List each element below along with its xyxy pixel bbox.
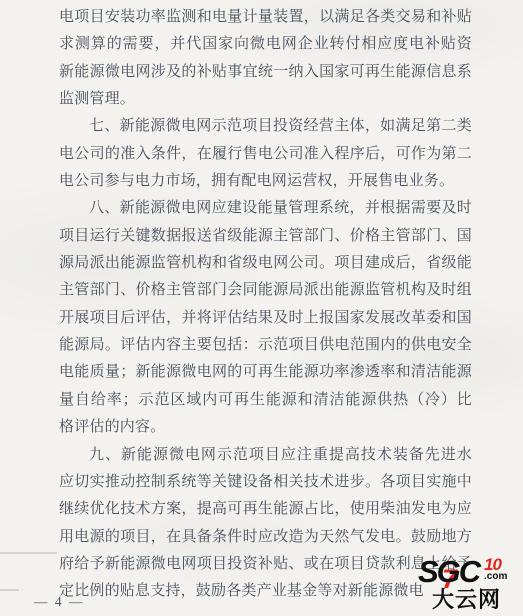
scan-edge-artifact: [0, 589, 19, 591]
text-line: 求测算的需要，并代国家向微电网企业转付相应度电补贴资金。: [59, 31, 472, 58]
text-line: 用电源的项目，在具备条件时应改造为天然气发电。鼓励地方政: [59, 524, 472, 551]
text-line: 开展项目后评估，并将评估结果及时上报国家发展改革委和国家: [59, 305, 472, 332]
document-body: 电项目安装功率监测和电量计量装置，以满足各类交易和补贴需求测算的需要，并代国家向…: [59, 4, 472, 606]
text-line: 源局派出能源监管机构和省级电网公司。项目建成后，省级能源: [59, 250, 472, 277]
text-line: 七、新能源微电网示范项目投资经营主体，如满足第二类售: [59, 113, 472, 140]
text-line: 电公司的准入条件，在履行售电公司准入程序后，可作为第二类售: [59, 141, 472, 168]
watermark-superscript: 10 .com: [484, 557, 507, 582]
text-line: 八、新能源微电网应建设能量管理系统，并根据需要及时将: [59, 195, 472, 222]
text-line: 项目运行关键数据报送省级能源主管部门、价格主管部门、国家能: [59, 223, 472, 250]
watermark-sgc-text: SGC: [418, 556, 479, 587]
text-line: 新能源微电网涉及的补贴事宜统一纳入国家可再生能源信息系统: [59, 59, 472, 86]
text-line: 监测管理。: [59, 86, 472, 113]
text-line: 主管部门、价格主管部门会同能源局派出能源监管机构及时组织: [59, 277, 472, 304]
scanned-document-page: 电项目安装功率监测和电量计量装置，以满足各类交易和补贴需求测算的需要，并代国家向…: [0, 0, 523, 616]
text-line: 量自给率；示范区域内可再生能源和清洁能源供热（冷）比例；价: [59, 387, 472, 414]
text-line: 继续优化技术方案，提高可再生能源占比，使用柴油发电为应急备: [59, 496, 472, 523]
text-line: 府给予新能源微电网项目投资补贴、或在项目贷款利息上给予一: [59, 551, 472, 578]
watermark-com-text: .com: [484, 572, 507, 582]
text-line: 电公司参与电力市场，拥有配电网运营权，开展售电业务。: [59, 168, 472, 195]
page-number: — 4 —: [34, 594, 85, 610]
text-line: 格评估的内容。: [59, 414, 472, 441]
watermark-10-text: 10: [484, 557, 507, 572]
text-line: 能源局。评估内容主要包括：示范项目供电范围内的供电安全和: [59, 332, 472, 359]
text-line: 电能质量；新能源微电网的可再生能源功率渗透率和清洁能源电: [59, 359, 472, 386]
text-line: 定比例的贴息支持，鼓励各类产业基金等对新能源微电: [59, 578, 472, 605]
text-line: 九、新能源微电网示范项目应注重提高技术装备先进水平，: [59, 442, 472, 469]
watermark-dayunwang-text: 大云网: [432, 588, 501, 612]
text-line: 应切实推动控制系统等关键设备相关技术进步。各项目实施中应: [59, 469, 472, 496]
scan-edge-artifact: [0, 552, 57, 554]
text-line: 电项目安装功率监测和电量计量装置，以满足各类交易和补贴需: [59, 4, 472, 31]
sgc10-dayunwang-watermark-logo: 7 SGC 10 .com 大云网: [418, 556, 522, 616]
